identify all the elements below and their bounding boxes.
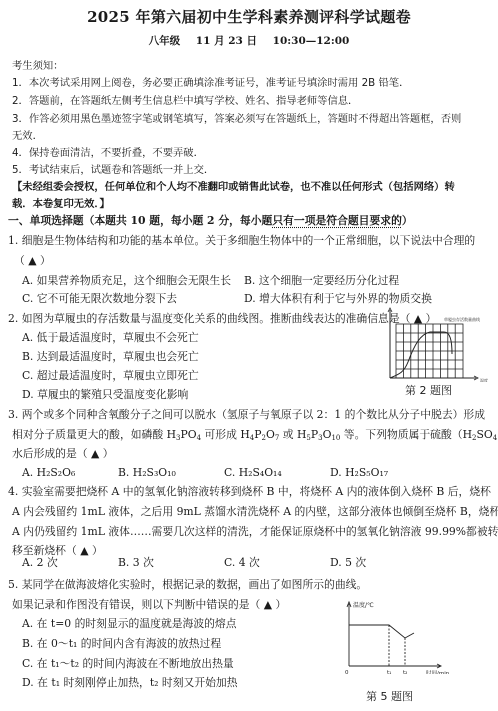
q3-option-a[interactable]: A. H₂S₂O₆ bbox=[22, 466, 75, 480]
q3-stem-line-2: 相对分子质量更大的酸，如磷酸 H3PO4 可形成 H4P2O7 或 H5P3O1… bbox=[12, 428, 498, 442]
figure-2-caption: 第 2 题图 bbox=[405, 382, 452, 398]
notice-heading: 考生须知： bbox=[12, 59, 63, 73]
q1-option-d[interactable]: D. 增大体积有利于它与外界的物质交换 bbox=[244, 292, 432, 306]
figure-5-y-label: 温度/℃ bbox=[353, 601, 374, 609]
formula-pyrophosphoric: H4P2O7 bbox=[240, 428, 279, 441]
exam-subtitle: 八年级 11 月 23 日 10:30—12:00 bbox=[0, 33, 498, 48]
section-1-heading: 一、单项选择题（本题共 10 题，每小题 2 分，每小题只有一项是符合题目要求的… bbox=[8, 214, 413, 228]
copyright-line-1: 【未经组委会授权，任何单位和个人均不准翻印或销售此试卷，也不准以任何形式（包括网… bbox=[12, 180, 455, 194]
exam-title: 2025 年第六届初中生学科素养测评科学试题卷 bbox=[0, 6, 498, 27]
q5-option-c[interactable]: C. 在 t₁～t₂ 的时间内海波在不断地放出热量 bbox=[22, 657, 234, 671]
q1-option-a[interactable]: A. 如果营养物质充足，这个细胞会无限生长 bbox=[22, 274, 231, 288]
q4-option-a[interactable]: A. 2 次 bbox=[22, 556, 58, 570]
q3-answer-slot: 水后形成的是（ ▲ ） bbox=[12, 447, 114, 461]
figure-5-x-label: 时间/min bbox=[426, 669, 450, 674]
q3-option-b[interactable]: B. H₂S₃O₁₀ bbox=[118, 466, 176, 480]
q4-stem-line-2: A 内会残留约 1mL 液体，之后用 9mL 蒸馏水清洗烧杯 A 的内壁，这部分… bbox=[12, 505, 498, 519]
grade-label: 八年级 bbox=[149, 35, 181, 47]
notice-item-5: 5．考试结束后，试题卷和答题纸一并上交． bbox=[12, 163, 214, 177]
notice-item-4: 4．保持卷面清洁，不要折叠，不要弄破． bbox=[12, 146, 204, 160]
notice-item-3-cont: 无效． bbox=[12, 129, 43, 143]
q3-option-c[interactable]: C. H₂S₄O₁₄ bbox=[224, 466, 282, 480]
exam-date: 11 月 23 日 bbox=[196, 35, 257, 47]
q5-stem-line-1: 5. 某同学在做海波熔化实验时，根据记录的数据，画出了如图所示的曲线。 bbox=[8, 578, 367, 592]
q2-option-d[interactable]: D. 草履虫的繁殖只受温度变化影响 bbox=[22, 388, 188, 402]
q1-option-c[interactable]: C. 它不可能无限次数地分裂下去 bbox=[22, 292, 177, 306]
notice-item-1: 1．本次考试采用网上阅卷，务必要正确填涂准考证号，准考证号填涂时需用 2B 铅笔… bbox=[12, 76, 409, 90]
q2-option-a[interactable]: A. 低于最适温度时，草履虫不会死亡 bbox=[22, 331, 199, 345]
q5-stem-line-2: 如果记录和作图没有错误，则以下判断中错误的是（ ▲ ） bbox=[12, 598, 286, 612]
figure-5-t2: t₂ bbox=[403, 670, 407, 674]
figure-2-legend: 草履虫存活数量曲线 bbox=[444, 316, 480, 322]
q4-option-c[interactable]: C. 4 次 bbox=[224, 556, 260, 570]
figure-5-t1: t₁ bbox=[387, 670, 391, 674]
figure-5-chart: 温度/℃ 0 t₁ t₂ 时间/min bbox=[340, 598, 490, 674]
q4-stem-line-1: 4. 实验室需要把烧杯 A 中的氢氧化钠溶液转移到烧杯 B 中，将烧杯 A 内的… bbox=[8, 485, 491, 499]
emphasis-text: 只有一项是符合题目要求的 bbox=[272, 214, 402, 227]
copyright-line-2: 载．本卷复印无效．】 bbox=[12, 197, 110, 211]
formula-triphosphoric: H5P3O10 bbox=[297, 428, 340, 441]
q3-stem-line-1: 3. 两个或多个同种含氧酸分子之间可以脱水（氢原子与氧原子以 2：1 的个数比从… bbox=[8, 408, 485, 422]
q2-option-b[interactable]: B. 达到最适温度时，草履虫也会死亡 bbox=[22, 350, 199, 364]
q4-option-d[interactable]: D. 5 次 bbox=[330, 556, 366, 570]
notice-item-2: 2．答题前，在答题纸左侧考生信息栏中填写学校、姓名、指导老师等信息． bbox=[12, 94, 358, 108]
q5-option-d[interactable]: D. 在 t₁ 时刻刚停止加热，t₂ 时刻又开始加热 bbox=[22, 676, 238, 690]
figure-2-x-label: 温度 bbox=[480, 377, 488, 382]
q4-stem-line-3: A 内仍残留约 1mL 液体……需要几次这样的清洗，才能保证原烧杯中的氢氧化钠溶… bbox=[12, 525, 498, 539]
figure-5-caption: 第 5 题图 bbox=[366, 688, 413, 704]
q5-option-a[interactable]: A. 在 t=0 的时刻显示的温度就是海波的熔点 bbox=[22, 617, 237, 631]
q2-stem: 2. 如图为草履虫的存活数量与温度变化关系的曲线图。推断曲线表达的准确信息是（ … bbox=[8, 312, 436, 326]
q5-option-b[interactable]: B. 在 0～t₁ 的时间内含有海波的放热过程 bbox=[22, 637, 221, 651]
figure-5-origin: 0 bbox=[345, 670, 349, 674]
q4-option-b[interactable]: B. 3 次 bbox=[118, 556, 154, 570]
q3-option-d[interactable]: D. H₂S₅O₁₇ bbox=[330, 466, 388, 480]
exam-time: 10:30—12:00 bbox=[273, 35, 350, 47]
q1-option-b[interactable]: B. 这个细胞一定要经历分化过程 bbox=[244, 274, 399, 288]
formula-sulfuric: H2SO4 bbox=[463, 428, 498, 441]
q2-option-c[interactable]: C. 超过最适温度时，草履虫立即死亡 bbox=[22, 369, 199, 383]
notice-item-3: 3．作答必须用黑色墨迹签字笔或钢笔填写，答案必须写在答题纸上，答题时不得超出答题… bbox=[12, 112, 461, 126]
q1-stem: 1. 细胞是生物体结构和功能的基本单位。关于多细胞生物体中的一个正常细胞，以下说… bbox=[8, 234, 475, 248]
q1-answer-slot: （ ▲ ） bbox=[14, 254, 51, 268]
figure-2-chart: 草履虫存活数量曲线 温度 bbox=[386, 306, 496, 382]
formula-phosphoric: 3PO4 bbox=[176, 428, 201, 441]
